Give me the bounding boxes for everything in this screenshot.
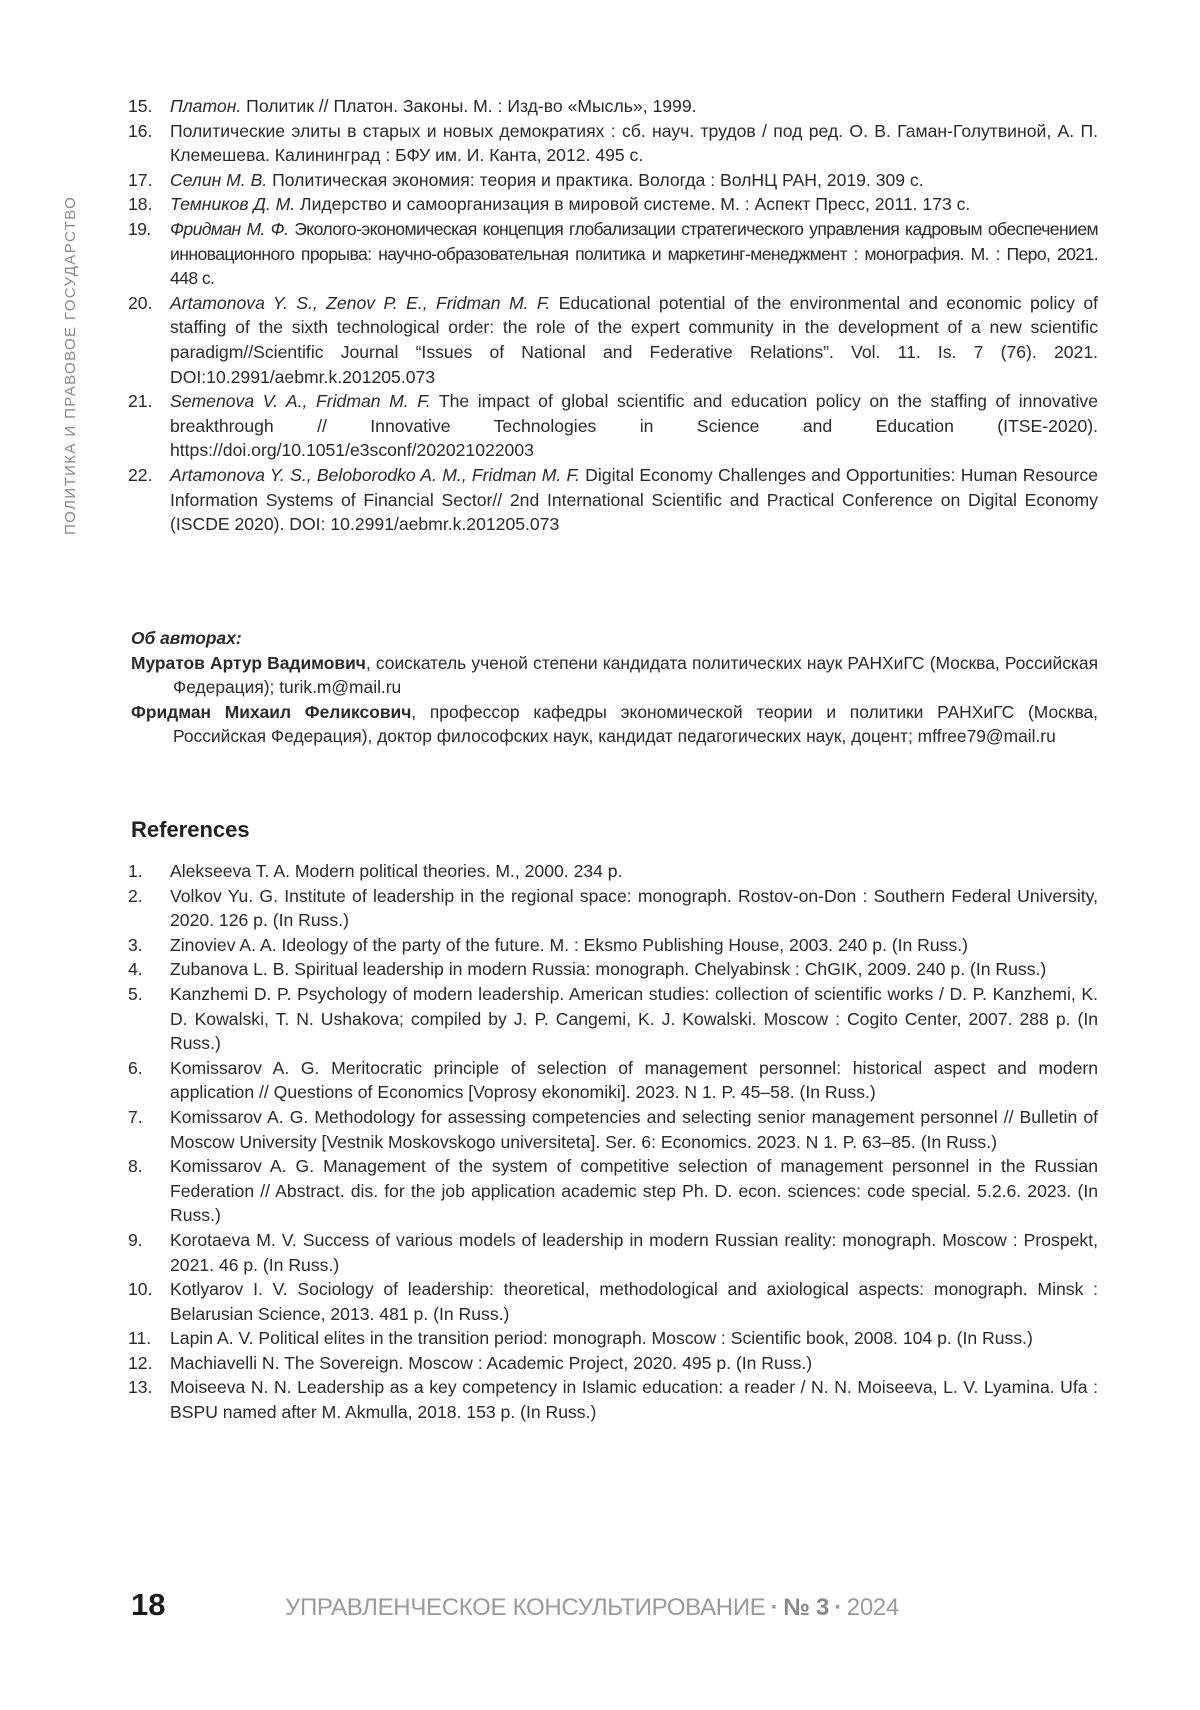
reference-item: 22.Artamonova Y. S., Beloborodko A. M., … [128,463,1098,537]
reference-text: Политические элиты в старых и новых демо… [170,121,1098,166]
reference-item: 1.Alekseeva T. A. Modern political theor… [128,859,1098,884]
reference-item: 18.Темников Д. М. Лидерство и самооргани… [128,192,1098,217]
reference-text: Machiavelli N. The Sovereign. Moscow : A… [170,1353,812,1373]
issue-year: 2024 [847,1594,899,1621]
journal-title: УПРАВЛЕНЧЕСКОЕ КОНСУЛЬТИРОВАНИЕ [285,1594,766,1621]
reference-item: 15.Платон. Политик // Платон. Законы. М.… [128,94,1098,119]
reference-author: Фридман М. Ф. [170,219,288,239]
issue-number: № 3 [783,1594,829,1621]
author-entry: Муратов Артур Вадимович, соискатель учен… [131,651,1098,700]
reference-text: Korotaeva M. V. Success of various model… [170,1230,1098,1275]
reference-item: 12.Machiavelli N. The Sovereign. Moscow … [128,1351,1098,1376]
reference-author: Платон. [170,96,241,116]
russian-references-list: 15.Платон. Политик // Платон. Законы. М.… [128,94,1098,537]
reference-text: Kotlyarov I. V. Sociology of leadership:… [170,1279,1098,1324]
about-authors-heading: Об авторах: [131,626,1098,651]
reference-text: Komissarov A. G. Methodology for assessi… [170,1107,1098,1152]
references-heading: References [131,817,250,843]
reference-item: 21.Semenova V. A., Fridman M. F. The imp… [128,389,1098,463]
reference-text: Kanzhemi D. P. Psychology of modern lead… [170,984,1098,1053]
reference-item: 8.Komissarov A. G. Management of the sys… [128,1154,1098,1228]
reference-author: Artamonova Y. S., Zenov P. E., Fridman M… [170,293,550,313]
reference-text: Политик // Платон. Законы. М. : Изд-во «… [241,96,696,116]
reference-text: Zubanova L. B. Spiritual leadership in m… [170,959,1046,979]
reference-item: 5.Kanzhemi D. P. Psychology of modern le… [128,982,1098,1056]
reference-author: Artamonova Y. S., Beloborodko A. M., Fri… [170,465,580,485]
reference-text: Политическая экономия: теория и практика… [267,170,923,190]
reference-item: 20.Artamonova Y. S., Zenov P. E., Fridma… [128,291,1098,389]
reference-item: 13.Moiseeva N. N. Leadership as a key co… [128,1375,1098,1424]
reference-item: 10.Kotlyarov I. V. Sociology of leadersh… [128,1277,1098,1326]
author-name: Муратов Артур Вадимович [131,653,366,673]
reference-item: 16.Политические элиты в старых и новых д… [128,119,1098,168]
separator-dot: · [829,1594,847,1621]
reference-item: 11.Lapin A. V. Political elites in the t… [128,1326,1098,1351]
author-entry: Фридман Михаил Феликсович, профессор каф… [131,700,1098,749]
reference-author: Темников Д. М. [170,194,295,214]
reference-item: 9.Korotaeva M. V. Success of various mod… [128,1228,1098,1277]
reference-author: Semenova V. A., Fridman M. F. [170,391,431,411]
english-references-list: 1.Alekseeva T. A. Modern political theor… [128,859,1098,1425]
reference-text: Komissarov A. G. Management of the syste… [170,1156,1098,1225]
separator-dot: · [766,1594,784,1621]
reference-text: Volkov Yu. G. Institute of leadership in… [170,886,1098,931]
reference-text: Alekseeva T. A. Modern political theorie… [170,861,622,881]
reference-item: 3.Zinoviev A. A. Ideology of the party o… [128,933,1098,958]
author-name: Фридман Михаил Феликсович [131,702,411,722]
reference-item: 7.Komissarov A. G. Methodology for asses… [128,1105,1098,1154]
reference-text: Лидерство и самоорганизация в мировой си… [295,194,970,214]
running-section-label: ПОЛИТИКА И ПРАВОВОЕ ГОСУДАРСТВО [62,95,79,535]
about-authors-section: Об авторах: Муратов Артур Вадимович, сои… [131,626,1098,749]
page-number: 18 [131,1587,165,1623]
reference-text: Moiseeva N. N. Leadership as a key compe… [170,1377,1098,1422]
reference-item: 6.Komissarov A. G. Meritocratic principl… [128,1056,1098,1105]
reference-text: Lapin A. V. Political elites in the tran… [170,1328,1033,1348]
reference-author: Селин М. В. [170,170,267,190]
reference-item: 2.Volkov Yu. G. Institute of leadership … [128,884,1098,933]
reference-text: Zinoviev A. A. Ideology of the party of … [170,935,968,955]
reference-text: Эколого-экономическая концепция глобализ… [170,219,1098,288]
reference-text: Komissarov A. G. Meritocratic principle … [170,1058,1098,1103]
reference-item: 4.Zubanova L. B. Spiritual leadership in… [128,957,1098,982]
reference-item: 17.Селин М. В. Политическая экономия: те… [128,168,1098,193]
journal-footer: УПРАВЛЕНЧЕСКОЕ КОНСУЛЬТИРОВАНИЕ·№ 3·2024 [285,1594,899,1622]
reference-item: 19.Фридман М. Ф. Эколого-экономическая к… [128,217,1098,291]
